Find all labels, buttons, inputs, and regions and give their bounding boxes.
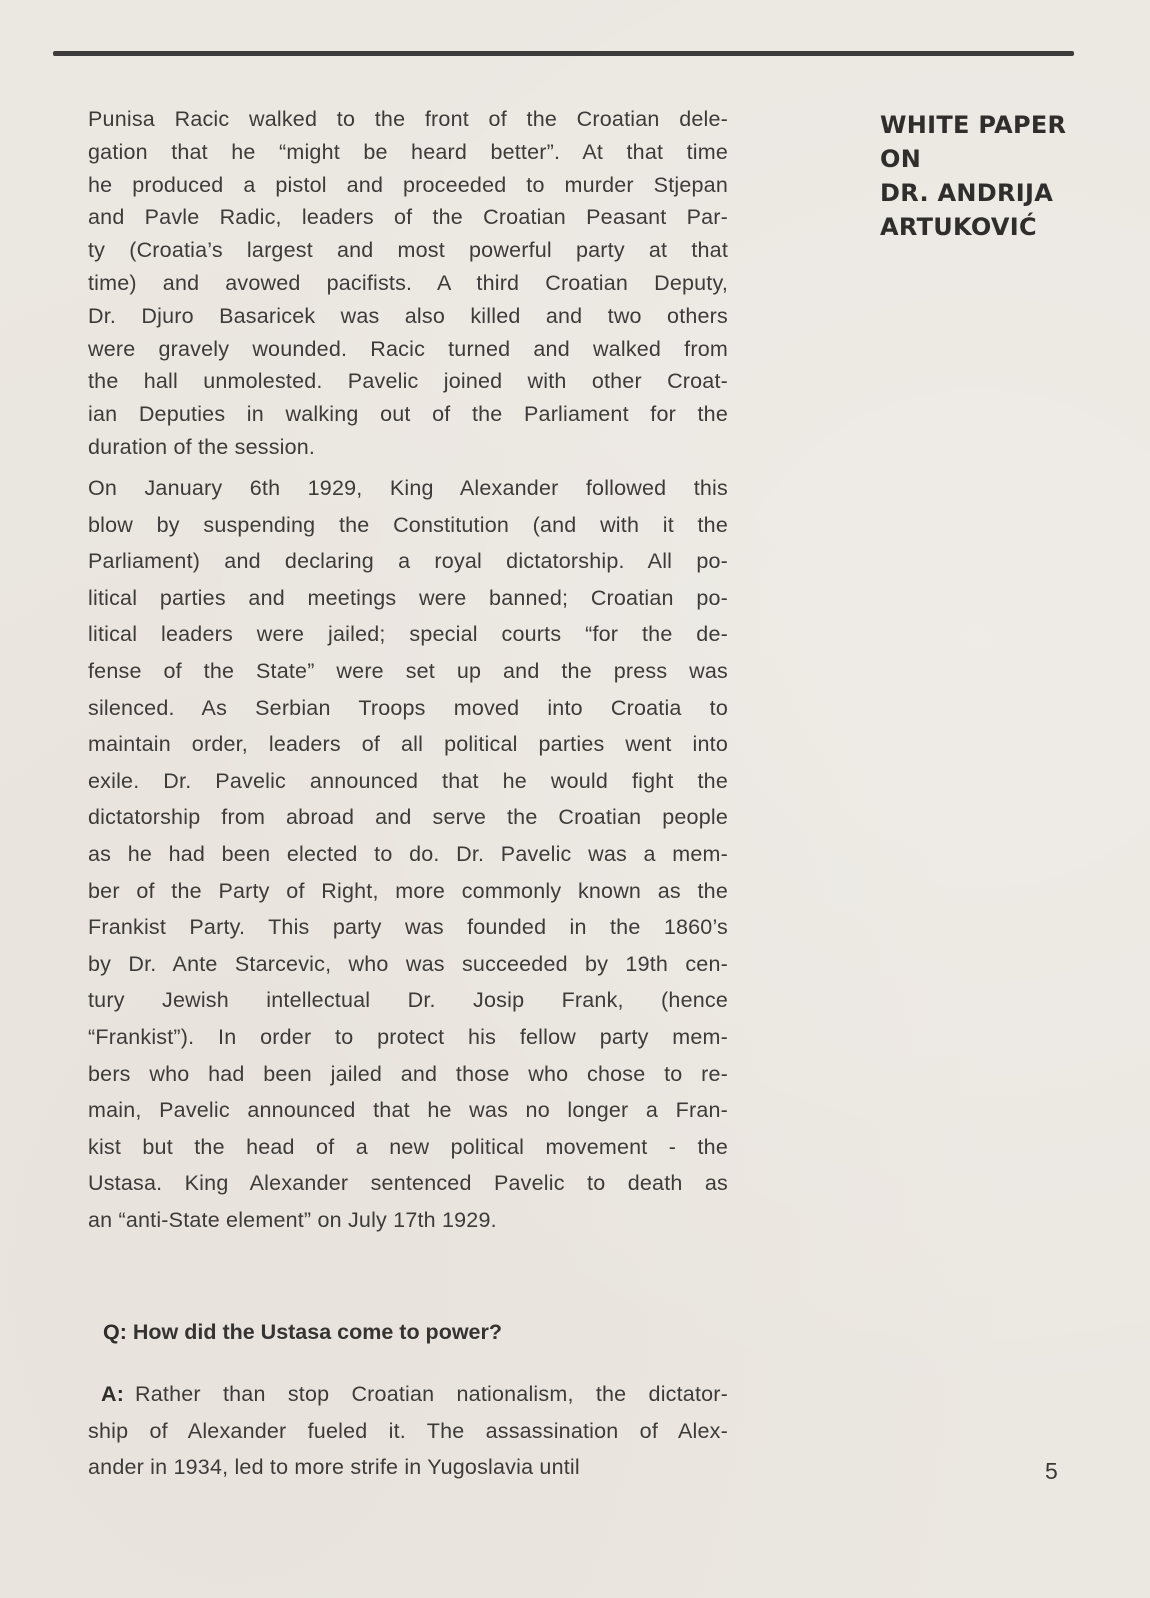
text-line: Parliament) and declaring a royal dictat… [88, 549, 728, 574]
text-line: “Frankist”). In order to protect his fel… [88, 1025, 728, 1050]
text-line: an “anti-State element” on July 17th 192… [88, 1208, 497, 1233]
text-line: main, Pavelic announced that he was no l… [88, 1098, 728, 1123]
text-line: litical leaders were jailed; special cou… [88, 622, 728, 647]
text-line: time) and avowed pacifists. A third Croa… [88, 271, 728, 296]
text-line: Ustasa. King Alexander sentenced Pavelic… [88, 1171, 728, 1196]
text-line: ber of the Party of Right, more commonly… [88, 879, 728, 904]
document-title-line: ARTUKOVIĆ [880, 210, 1066, 244]
answer-text: Rather than stop Croatian nationalism, t… [135, 1382, 728, 1406]
text-line: the hall unmolested. Pavelic joined with… [88, 369, 728, 394]
text-line: ian Deputies in walking out of the Parli… [88, 402, 728, 427]
text-line: silenced. As Serbian Troops moved into C… [88, 696, 728, 721]
document-title: WHITE PAPER ON DR. ANDRIJA ARTUKOVIĆ [880, 108, 1066, 244]
text-line: as he had been elected to do. Dr. Paveli… [88, 842, 728, 867]
text-line: were gravely wounded. Racic turned and w… [88, 337, 728, 362]
text-line: exile. Dr. Pavelic announced that he wou… [88, 769, 728, 794]
document-title-line: DR. ANDRIJA [880, 176, 1066, 210]
document-title-line: ON [880, 142, 1066, 176]
text-line: dictatorship from abroad and serve the C… [88, 805, 728, 830]
text-line: and Pavle Radic, leaders of the Croatian… [88, 205, 728, 230]
text-line: gation that he “might be heard better”. … [88, 140, 728, 165]
page-number: 5 [1045, 1458, 1058, 1485]
text-line: ty (Croatia’s largest and most powerful … [88, 238, 728, 263]
qa-question: Q: How did the Ustasa come to power? [103, 1320, 502, 1345]
text-line: kist but the head of a new political mov… [88, 1135, 728, 1160]
text-line: by Dr. Ante Starcevic, who was succeeded… [88, 952, 728, 977]
text-line: blow by suspending the Constitution (and… [88, 513, 728, 538]
text-line: A: Rather than stop Croatian nationalism… [101, 1382, 728, 1407]
text-line: maintain order, leaders of all political… [88, 732, 728, 757]
text-line: Frankist Party. This party was founded i… [88, 915, 728, 940]
text-line: On January 6th 1929, King Alexander foll… [88, 476, 728, 501]
text-line: he produced a pistol and proceeded to mu… [88, 173, 728, 198]
answer-label: A: [101, 1382, 124, 1406]
text-line: Punisa Racic walked to the front of the … [88, 107, 728, 132]
text-line: litical parties and meetings were banned… [88, 586, 728, 611]
document-title-line: WHITE PAPER [880, 108, 1066, 142]
text-line: fense of the State” were set up and the … [88, 659, 728, 684]
question-text: How did the Ustasa come to power? [133, 1320, 502, 1344]
question-label: Q: [103, 1320, 127, 1344]
text-line: Dr. Djuro Basaricek was also killed and … [88, 304, 728, 329]
text-line: ship of Alexander fueled it. The assassi… [88, 1419, 728, 1444]
header-rule [53, 51, 1074, 56]
text-line: bers who had been jailed and those who c… [88, 1062, 728, 1087]
text-line: ander in 1934, led to more strife in Yug… [88, 1455, 580, 1480]
text-line: duration of the session. [88, 435, 315, 460]
text-line: tury Jewish intellectual Dr. Josip Frank… [88, 988, 728, 1013]
